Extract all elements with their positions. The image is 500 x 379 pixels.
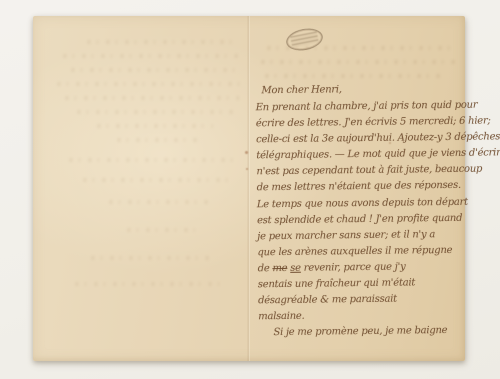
letter-paper: Mon cher Henri, En prenant la chambre, j…: [33, 16, 465, 361]
underlined-word: se: [290, 263, 301, 274]
showthrough-stroke: [259, 60, 457, 64]
showthrough-stroke: [95, 124, 213, 128]
showthrough-stroke: [85, 40, 235, 44]
foxing-spot: [246, 168, 248, 170]
showthrough-stroke: [115, 138, 201, 142]
showthrough-stroke: [73, 282, 223, 286]
showthrough-stroke: [89, 256, 209, 260]
showthrough-stroke: [63, 96, 239, 100]
showthrough-stroke: [263, 74, 445, 78]
line-suffix: revenir, parce que j'y: [301, 261, 406, 273]
fold-crease: [247, 16, 250, 361]
letter-line: Si je me promène peu, je me baigne: [258, 325, 470, 344]
showthrough-stroke: [265, 46, 455, 50]
foxing-spot: [245, 151, 248, 154]
handwritten-text-block: Mon cher Henri, En prenant la chambre, j…: [255, 83, 470, 344]
showthrough-stroke: [55, 82, 243, 86]
showthrough-stroke: [107, 200, 211, 204]
showthrough-stroke: [61, 54, 239, 58]
showthrough-stroke: [81, 178, 231, 182]
showthrough-stroke: [125, 228, 195, 232]
struck-word: me: [272, 263, 287, 274]
line-prefix: de: [258, 263, 273, 274]
showthrough-stroke: [69, 68, 239, 72]
showthrough-stroke: [75, 110, 233, 114]
letter-photograph: Mon cher Henri, En prenant la chambre, j…: [0, 0, 500, 379]
showthrough-stroke: [67, 158, 235, 162]
